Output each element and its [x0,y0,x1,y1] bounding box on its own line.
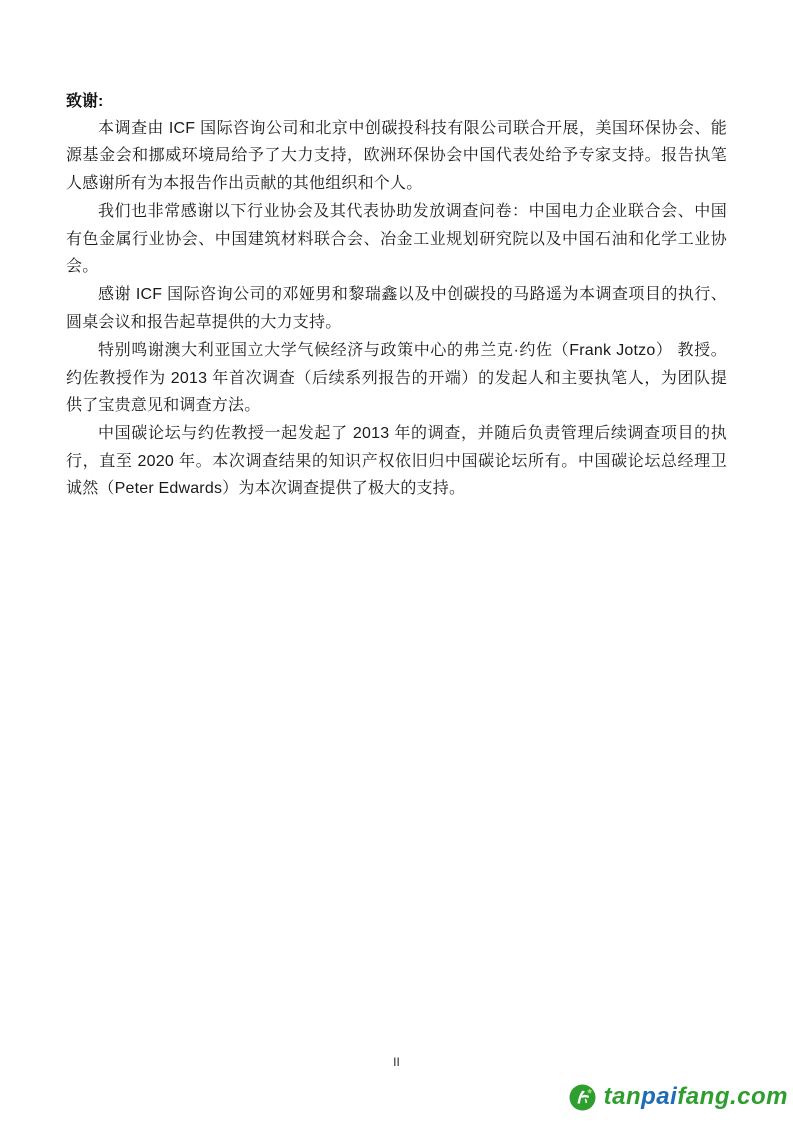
document-page: 致谢: 本调查由 ICF 国际咨询公司和北京中创碳投科技有限公司联合开展，美国环… [0,0,793,1122]
tanpaifang-watermark-link[interactable]: tanpaifang.com [569,1083,788,1111]
page-number: II [0,1055,793,1069]
paragraph-2: 我们也非常感谢以下行业协会及其代表协助发放调查问卷：中国电力企业联合会、中国有色… [66,198,727,280]
section-title: 致谢: [66,88,727,115]
paragraph-4: 特别鸣谢澳大利亚国立大学气候经济与政策中心的弗兰克·约佐（Frank Jotzo… [66,337,727,419]
paragraph-1: 本调查由 ICF 国际咨询公司和北京中创碳投科技有限公司联合开展，美国环保协会、… [66,115,727,197]
tanpaifang-wordmark: tanpaifang.com [604,1083,788,1111]
acknowledgments-section: 致谢: 本调查由 ICF 国际咨询公司和北京中创碳投科技有限公司联合开展，美国环… [66,88,727,504]
wordmark-segment-pai: pai [641,1083,677,1110]
tanpaifang-circle-icon [569,1084,596,1111]
paragraph-5: 中国碳论坛与约佐教授一起发起了 2013 年的调查，并随后负责管理后续调查项目的… [66,420,727,502]
paragraph-3: 感谢 ICF 国际咨询公司的邓娅男和黎瑞鑫以及中创碳投的马路遥为本调查项目的执行… [66,281,727,336]
wordmark-segment-fangcom: fang.com [677,1083,788,1110]
wordmark-segment-tan: tan [604,1083,642,1110]
